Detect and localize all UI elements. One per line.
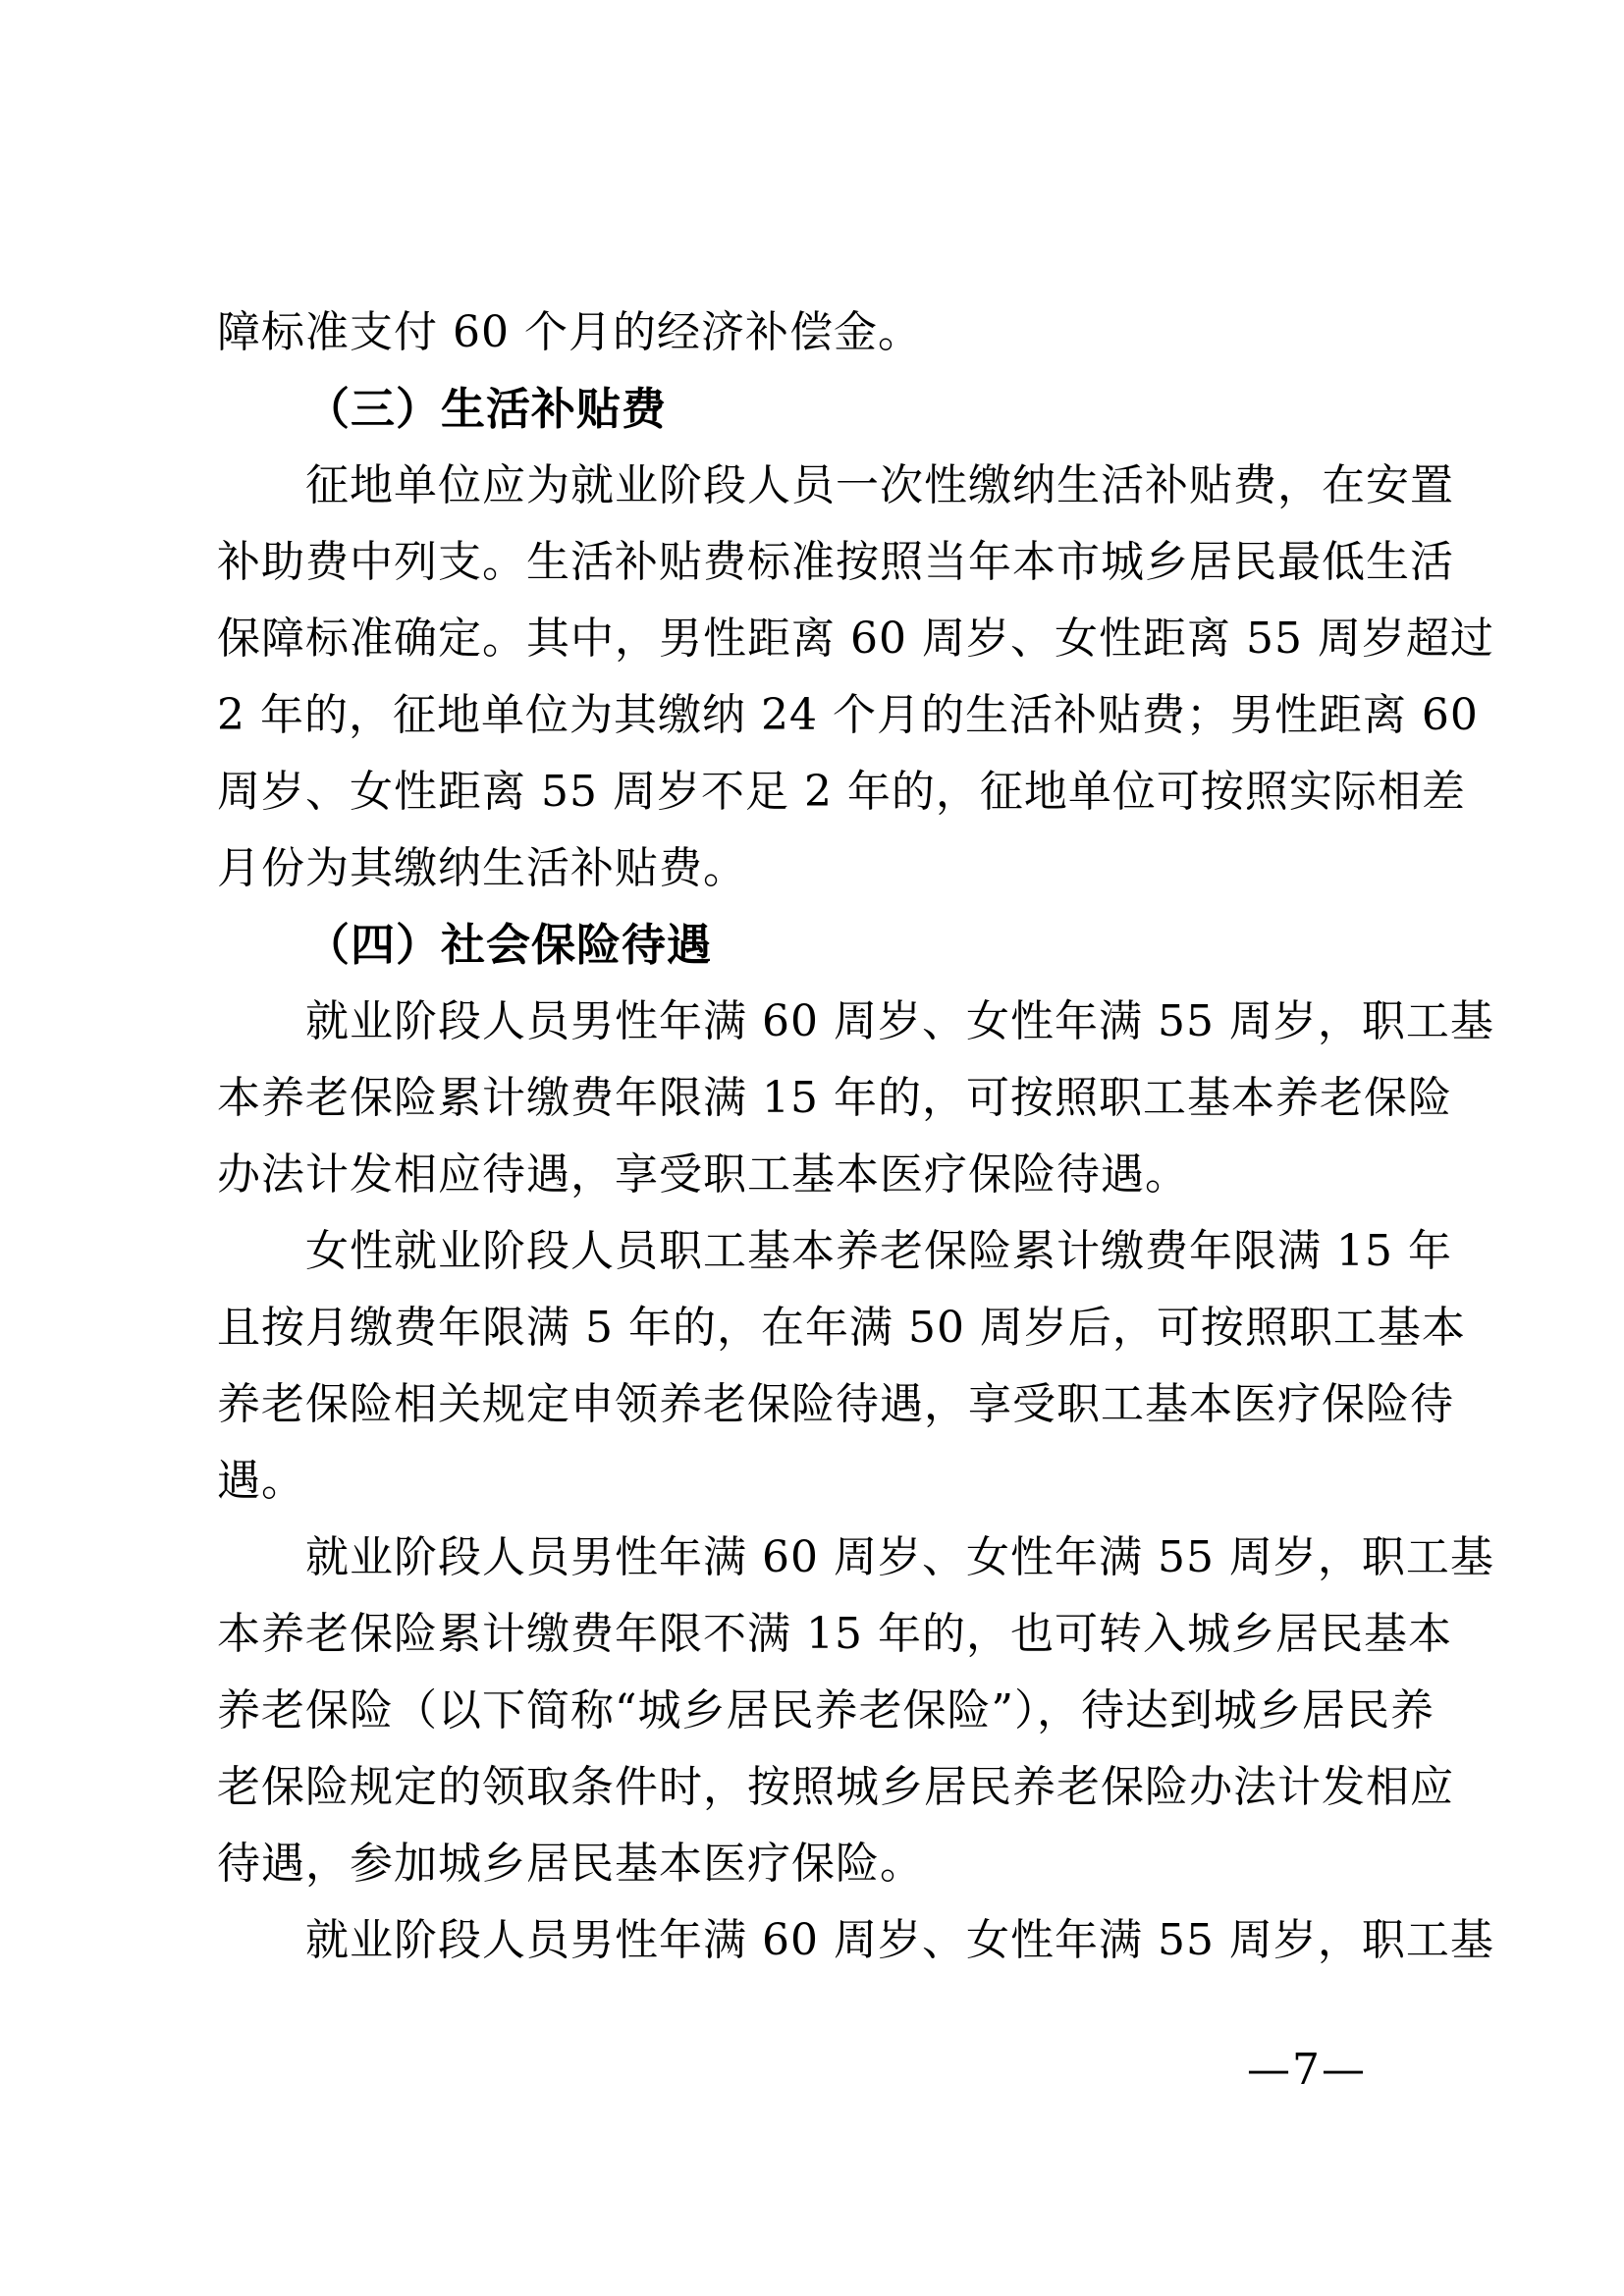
section-heading: （三）生活补贴费: [217, 371, 1421, 448]
body-line: 本养老保险累计缴费年限不满 15 年的，也可转入城乡居民基本: [217, 1596, 1421, 1673]
body-line: 就业阶段人员男性年满 60 周岁、女性年满 55 周岁，职工基: [217, 1520, 1421, 1596]
page-number: —7—: [1247, 2032, 1367, 2109]
body-line: 待遇，参加城乡居民基本医疗保险。: [217, 1826, 1421, 1902]
body-line: 老保险规定的领取条件时，按照城乡居民养老保险办法计发相应: [217, 1749, 1421, 1826]
document-page: 障标准支付 60 个月的经济补偿金。 （三）生活补贴费 征地单位应为就业阶段人员…: [0, 0, 1624, 2296]
body-line: 女性就业阶段人员职工基本养老保险累计缴费年限满 15 年: [217, 1213, 1421, 1290]
document-body: 障标准支付 60 个月的经济补偿金。 （三）生活补贴费 征地单位应为就业阶段人员…: [217, 294, 1421, 1979]
body-line: 遇。: [217, 1443, 1421, 1520]
body-line: 月份为其缴纳生活补贴费。: [217, 830, 1421, 907]
section-heading: （四）社会保险待遇: [217, 907, 1421, 984]
body-line: 障标准支付 60 个月的经济补偿金。: [217, 294, 1421, 371]
body-line: 周岁、女性距离 55 周岁不足 2 年的，征地单位可按照实际相差: [217, 754, 1421, 830]
body-line: 2 年的，征地单位为其缴纳 24 个月的生活补贴费；男性距离 60: [217, 677, 1421, 754]
body-line: 办法计发相应待遇，享受职工基本医疗保险待遇。: [217, 1137, 1421, 1213]
body-line: 且按月缴费年限满 5 年的，在年满 50 周岁后，可按照职工基本: [217, 1290, 1421, 1366]
body-line: 补助费中列支。生活补贴费标准按照当年本市城乡居民最低生活: [217, 524, 1421, 601]
body-line: 本养老保险累计缴费年限满 15 年的，可按照职工基本养老保险: [217, 1060, 1421, 1137]
body-line: 征地单位应为就业阶段人员一次性缴纳生活补贴费，在安置: [217, 448, 1421, 524]
body-line: 养老保险相关规定申领养老保险待遇，享受职工基本医疗保险待: [217, 1366, 1421, 1443]
body-line: 就业阶段人员男性年满 60 周岁、女性年满 55 周岁，职工基: [217, 984, 1421, 1060]
body-line: 保障标准确定。其中，男性距离 60 周岁、女性距离 55 周岁超过: [217, 601, 1421, 677]
body-line: 养老保险（以下简称“城乡居民养老保险”），待达到城乡居民养: [217, 1673, 1421, 1749]
body-line: 就业阶段人员男性年满 60 周岁、女性年满 55 周岁，职工基: [217, 1902, 1421, 1979]
